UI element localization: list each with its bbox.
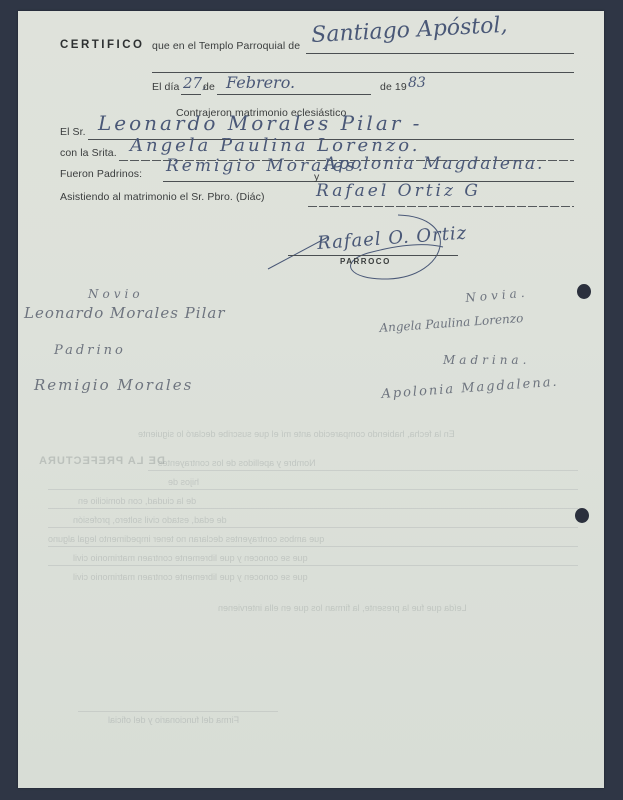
year-label: de 19 [380,81,407,93]
officiant-label: Asistiendo al matrimonio el Sr. Pbro. (D… [60,191,265,203]
bride-role-label: Novia. [465,286,529,305]
godmother-role-label: Madrina. [443,353,530,367]
groom-role-label: Novio [88,287,144,301]
month-label: de [203,81,215,93]
day-label: El día [152,81,179,93]
bleed-line: de edad, estado civil soltero, profesión [73,515,227,525]
godmother-value: Apolonia Magdalena. [324,154,544,174]
bleed-heading: DE LA PREFECTURA [38,455,165,467]
temple-label: que en el Templo Parroquial de [152,40,300,52]
certificate-title: CERTIFICO [60,39,144,51]
groom-value: Leonardo Morales Pilar - [98,111,422,135]
bleed-line: de la ciudad, con domicilio en [78,496,196,506]
groom-signature: Leonardo Morales Pilar [24,304,226,322]
bleed-line: hijos de [168,477,199,487]
godparents-label: Fueron Padrinos: [60,168,142,180]
bleed-line: Leída que fue la presente, la firman los… [218,603,467,613]
certificate-paper: En la fecha, habiendo comparecido ante m… [18,11,604,788]
officiant-value: Rafael Ortiz G [316,181,481,201]
month-value: Febrero. [226,73,295,92]
temple-line [306,53,574,54]
bleed-line: Firma del funcionario y del oficial [108,715,239,725]
godfather-role-label: Padrino [54,343,126,358]
bride-signature: Angela Paulina Lorenzo [379,311,524,335]
bleed-line: Nombre y apellidos de los contrayentes [158,458,316,468]
punch-hole-top [577,284,591,299]
year-value: 83 [408,75,426,91]
godmother-signature: Apolonia Magdalena. [381,375,559,402]
temple-line-2 [152,72,574,73]
bleed-line: que ambos contrayentes declaran no tener… [48,534,324,544]
bride-label: con la Srita. [60,147,117,159]
punch-hole-bottom [575,508,589,523]
groom-label: El Sr. [60,126,86,138]
bleed-line: que se conocen y que libremente contraen… [73,572,308,582]
godfather-signature: Remigio Morales [34,376,193,394]
priest-role-label: PARROCO [340,257,391,266]
temple-value: Santiago Apóstol, [311,13,508,48]
bleed-line: En la fecha, habiendo comparecido ante m… [138,429,455,439]
bride-value: Angela Paulina Lorenzo. [130,135,421,156]
bleed-line: que se conocen y que libremente contraen… [73,553,308,563]
